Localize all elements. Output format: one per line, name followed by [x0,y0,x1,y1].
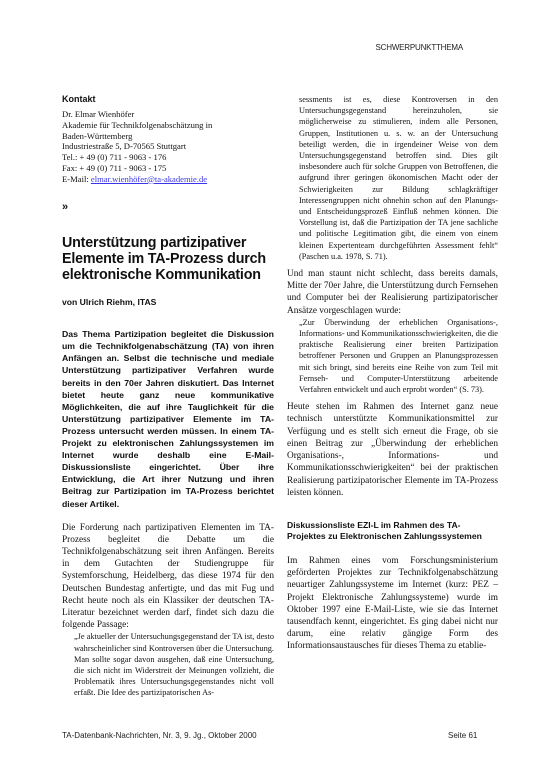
email-link[interactable]: elmar.wienhöfer@ta-akademie.de [91,174,207,184]
footer-page-number: Seite 61 [448,731,477,740]
article-author: von Ulrich Riehm, ITAS [62,297,274,307]
contact-box: Kontakt Dr. Elmar Wienhöfer Akademie für… [62,94,274,185]
contact-phone: Tel.: + 49 (0) 711 - 9063 - 176 [62,152,274,163]
block-quote-1-start: „Je aktueller der Untersuchungsgegenstan… [74,631,274,698]
contact-name: Dr. Elmar Wienhöfer [62,109,274,120]
footer-publication: TA-Datenbank-Nachrichten, Nr. 3, 9. Jg.,… [62,731,257,740]
block-quote-1-end: sessments ist es, diese Kontroversen in … [299,94,498,262]
block-quote-2: „Zur Überwindung der erheblichen Organis… [299,317,498,395]
section-header: SCHWERPUNKTTHEMA [376,43,463,52]
body-paragraph-3: Heute stehen im Rahmen des Internet ganz… [287,401,498,499]
section-subheading: Diskussionsliste EZI-L im Rahmen des TA-… [287,520,498,543]
body-paragraph-2: Und man staunt nicht schlecht, dass bere… [287,268,498,317]
body-paragraph-1: Die Forderung nach partizipativen Elemen… [62,522,274,632]
body-paragraph-4: Im Rahmen eines vom Forschungsministeriu… [287,555,498,653]
article-abstract: Das Thema Partizipation begleitet die Di… [62,328,274,509]
contact-org: Akademie für Technikfolgenabschätzung in [62,120,274,131]
contact-org-region: Baden-Württemberg [62,131,274,142]
contact-heading: Kontakt [62,94,274,104]
contact-details: Dr. Elmar Wienhöfer Akademie für Technik… [62,109,274,185]
email-label: E-Mail: [62,174,91,184]
contact-email-line: E-Mail: elmar.wienhöfer@ta-akademie.de [62,174,274,185]
contact-fax: Fax: + 49 (0) 711 - 9063 - 175 [62,163,274,174]
contact-address: Industriestraße 5, D-70565 Stuttgart [62,141,274,152]
article-title: Unterstützung partizipativer Elemente im… [62,235,274,284]
right-column: sessments ist es, diese Kontroversen in … [287,94,498,653]
double-chevron-icon: » [62,201,274,213]
left-column: Kontakt Dr. Elmar Wienhöfer Akademie für… [62,94,274,699]
